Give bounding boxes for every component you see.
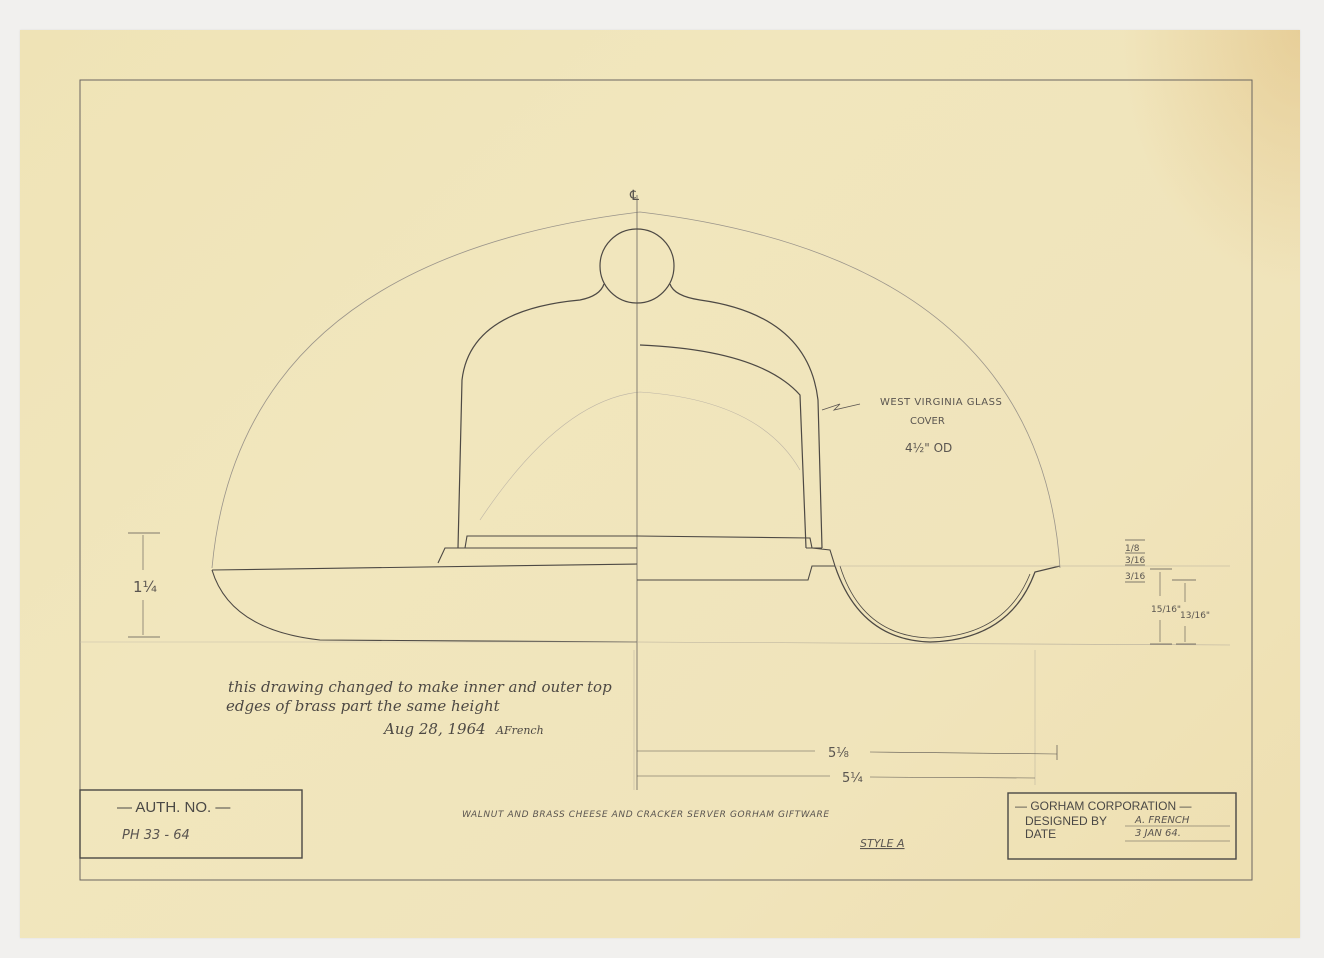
- dim-line: [870, 752, 1057, 754]
- callout-line-2: COVER: [910, 416, 945, 427]
- drawing-title: WALNUT AND BRASS CHEESE AND CRACKER SERV…: [462, 810, 830, 820]
- dim-width-inner: 5⅛: [828, 746, 849, 761]
- centerline-symbol: ℄: [629, 188, 639, 204]
- tray-bowl-right: [835, 566, 1060, 642]
- title-block-designer: A. FRENCH: [1134, 815, 1190, 826]
- cover-right-inner: [640, 345, 806, 548]
- dim-stack-3: 3/16: [1125, 572, 1145, 582]
- construction-arc: [212, 212, 1060, 568]
- dim-depth-inner: 15/16": [1151, 605, 1181, 615]
- tray-bottom-left: [212, 570, 637, 642]
- base-step-left: [465, 536, 637, 548]
- revision-note-line-1: this drawing changed to make inner and o…: [228, 678, 612, 696]
- dim-height-left: 1¼: [133, 578, 158, 596]
- dim-line: [870, 777, 1035, 778]
- callout-line-1: WEST VIRGINIA GLASS: [880, 397, 1002, 408]
- cover-right-outer: [670, 284, 822, 548]
- technical-drawing: ℄ WEST VIRGINIA GLASS COVER 4½" OD 1¼ 1/…: [0, 0, 1324, 958]
- callout-leader: [822, 404, 860, 410]
- auth-heading: — AUTH. NO. —: [117, 799, 230, 816]
- title-block-company: — GORHAM CORPORATION —: [1015, 799, 1191, 813]
- tray-top-left: [212, 564, 637, 570]
- revision-note-line-2: edges of brass part the same height: [226, 697, 501, 715]
- base-step-left-lower: [438, 548, 637, 563]
- dim-depth-outer: 13/16": [1180, 611, 1210, 621]
- dim-right-stack: 1/8 3/16 3/16 15/16" 13/16": [1125, 540, 1210, 644]
- base-step-right: [637, 536, 812, 548]
- base-rim-right: [637, 548, 835, 580]
- callout-line-3: 4½" OD: [905, 441, 952, 455]
- dim-width-outer: 5¼: [842, 771, 863, 786]
- title-block-date: 3 JAN 64.: [1135, 828, 1181, 839]
- title-block-designed-by-label: DESIGNED BY: [1025, 814, 1107, 828]
- title-block-date-label: DATE: [1025, 827, 1056, 841]
- style-label: STYLE A: [860, 837, 905, 850]
- tray-bowl-right-inner: [840, 566, 1030, 638]
- dim-stack-1: 1/8: [1125, 544, 1140, 554]
- construction-arc-inner: [480, 392, 800, 520]
- cover-left-profile: [458, 284, 604, 548]
- revision-note-date: Aug 28, 1964: [382, 720, 486, 738]
- auth-number: PH 33 - 64: [122, 828, 190, 843]
- dim-stack-2: 3/16: [1125, 556, 1145, 566]
- drawing-border: [80, 80, 1252, 880]
- revision-note-initials: AFrench: [495, 724, 544, 737]
